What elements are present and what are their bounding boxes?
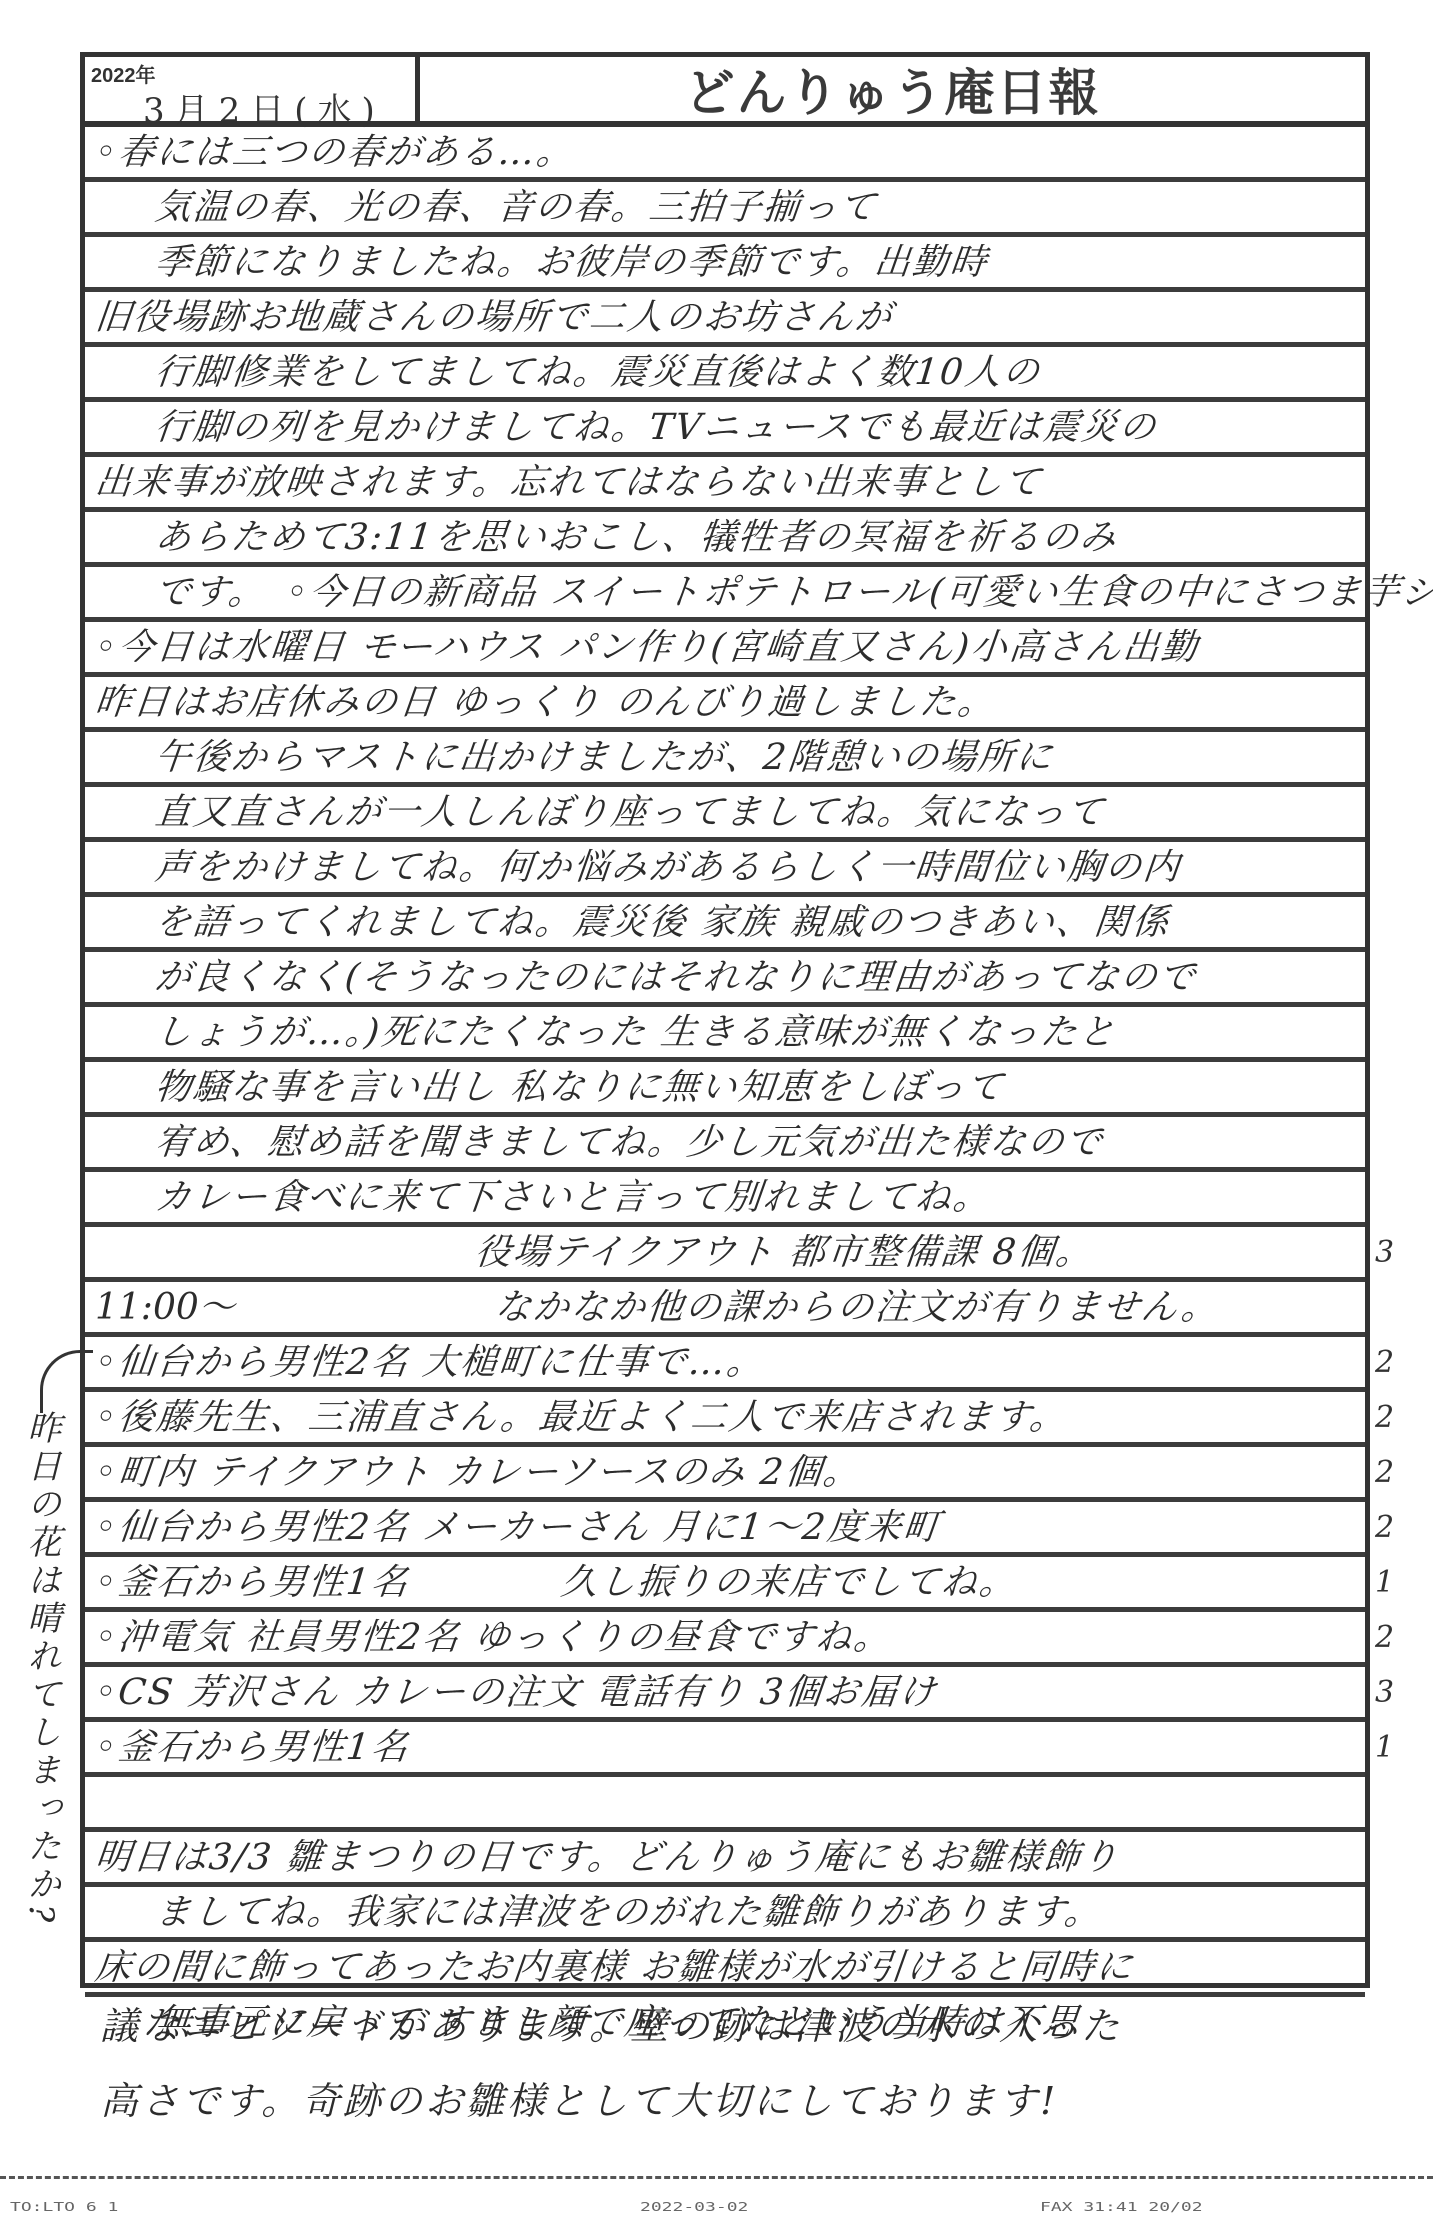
handwritten-line <box>85 1777 1365 1832</box>
line-text: 物騒な事を言い出し 私なりに無い知恵をしぼって <box>152 1062 1007 1114</box>
line-text: 昨日はお店休みの日 ゆっくり のんびり過しました。 <box>92 677 998 729</box>
line-text: ◦沖電気 社員男性2名 ゆっくりの昼食ですね。 <box>92 1612 894 1664</box>
handwritten-line: ◦町内 テイクアウト カレーソースのみ 2個。 <box>85 1447 1365 1502</box>
line-text: あらためて3:11を思いおこし、犠牲者の冥福を祈るのみ <box>152 512 1120 564</box>
line-text: を語ってくれましてね。震災後 家族 親戚のつきあい、関係 <box>152 897 1172 949</box>
line-text: ◦町内 テイクアウト カレーソースのみ 2個。 <box>92 1447 863 1499</box>
line-text: ◦今日は水曜日 モーハウス パン作り(宮崎直又さん)小高さん出勤 <box>92 622 1201 674</box>
tally-mark: 2 <box>1375 1510 1394 1545</box>
line-text: しょうが…。)死にたくなった 生きる意味が無くなったと <box>152 1007 1119 1059</box>
line-text: 宥め、慰め話を聞きましてね。少し元気が出た様なので <box>152 1117 1106 1169</box>
line-text: 行脚の列を見かけましてね。TVニュースでも最近は震災の <box>152 402 1160 454</box>
daily-report-form: 2022年 3月2日(水) どんりゅう庵日報 ◦春には三つの春がある…。気温の春… <box>80 52 1370 1988</box>
handwritten-line: 旧役場跡お地蔵さんの場所で二人のお坊さんが <box>85 292 1365 347</box>
line-text: 午後からマストに出かけましたが、2階憩いの場所に <box>152 732 1056 784</box>
handwritten-line: ◦今日は水曜日 モーハウス パン作り(宮崎直又さん)小高さん出勤 <box>85 622 1365 677</box>
handwritten-line: 昨日はお店休みの日 ゆっくり のんびり過しました。 <box>85 677 1365 732</box>
fax-footer-right: FAX 31:41 20/02 <box>1040 2200 1203 2215</box>
form-title: どんりゅう庵日報 <box>420 57 1365 121</box>
tally-mark: 1 <box>1375 1730 1394 1765</box>
line-text: 行脚修業をしてましてね。震災直後はよく数10人の <box>152 347 1043 399</box>
tally-mark: 1 <box>1375 1565 1394 1600</box>
line-text: カレー食べに来て下さいと言って別れましてね。 <box>152 1172 993 1224</box>
fax-footer-center: 2022-03-02 <box>640 2200 748 2215</box>
handwritten-line: 宥め、慰め話を聞きましてね。少し元気が出た様なので <box>85 1117 1365 1172</box>
handwritten-line: 床の間に飾ってあったお内裏様 お雛様が水が引けると同時に <box>85 1942 1365 1997</box>
handwritten-line: ◦釜石から男性1名 <box>85 1722 1365 1777</box>
line-text: が良くなく(そうなったのにはそれなりに理由があってなので <box>152 952 1199 1004</box>
form-header: 2022年 3月2日(水) どんりゅう庵日報 <box>85 57 1365 127</box>
handwritten-line: 出来事が放映されます。忘れてはならない出来事として <box>85 457 1365 512</box>
line-text: 季節になりましたね。お彼岸の季節です。出勤時 <box>152 237 991 289</box>
tally-mark: 2 <box>1375 1455 1394 1490</box>
handwritten-line: が良くなく(そうなったのにはそれなりに理由があってなので <box>85 952 1365 1007</box>
line-text: ◦CS 芳沢さん カレーの注文 電話有り 3個お届け <box>92 1667 940 1719</box>
line-text: ましてね。我家には津波をのがれた雛飾りがあります。 <box>152 1887 1105 1939</box>
date-box: 2022年 3月2日(水) <box>85 57 420 121</box>
handwritten-line: を語ってくれましてね。震災後 家族 親戚のつきあい、関係 <box>85 897 1365 952</box>
overflow-line-2: 高さです。奇跡のお雛様として大切にしております! <box>100 2070 1058 2125</box>
tally-mark: 3 <box>1375 1235 1394 1270</box>
fax-cut-line <box>0 2176 1433 2179</box>
line-text: 床の間に飾ってあったお内裏様 お雛様が水が引けると同時に <box>92 1942 1137 1994</box>
handwritten-line: ◦仙台から男性2名 メーカーさん 月に1〜2度来町 <box>85 1502 1365 1557</box>
line-text: 役場テイクアウト 都市整備課 8個。 <box>472 1227 1096 1279</box>
fax-footer-left: TO:LTO 6 1 <box>10 2200 118 2215</box>
line-text: ◦仙台から男性2名 メーカーさん 月に1〜2度来町 <box>92 1502 944 1554</box>
handwritten-line: ◦沖電気 社員男性2名 ゆっくりの昼食ですね。 <box>85 1612 1365 1667</box>
handwritten-line: ◦春には三つの春がある…。 <box>85 127 1365 182</box>
line-text: 出来事が放映されます。忘れてはならない出来事として <box>92 457 1045 509</box>
tally-mark: 2 <box>1375 1400 1394 1435</box>
line-text: 明日は3/3 雛まつりの日です。どんりゅう庵にもお雛様飾り <box>92 1832 1122 1884</box>
line-text: 旧役場跡お地蔵さんの場所で二人のお坊さんが <box>92 292 895 344</box>
line-text: なかなか他の課からの注文が有りません。 <box>492 1282 1222 1334</box>
handwritten-line: 11:00〜なかなか他の課からの注文が有りません。 <box>85 1282 1365 1337</box>
handwritten-line: ましてね。我家には津波をのがれた雛飾りがあります。 <box>85 1887 1365 1942</box>
handwritten-line: あらためて3:11を思いおこし、犠牲者の冥福を祈るのみ <box>85 512 1365 567</box>
handwritten-line: 声をかけましてね。何か悩みがあるらしく一時間位い胸の内 <box>85 842 1365 897</box>
tally-mark: 2 <box>1375 1620 1394 1655</box>
ruled-lines: ◦春には三つの春がある…。気温の春、光の春、音の春。三拍子揃って季節になりました… <box>85 127 1365 2052</box>
handwritten-line: ◦CS 芳沢さん カレーの注文 電話有り 3個お届け <box>85 1667 1365 1722</box>
line-text: 直又直さんが一人しんぼり座ってましてね。気になって <box>152 787 1107 839</box>
handwritten-line: 気温の春、光の春、音の春。三拍子揃って <box>85 182 1365 237</box>
line-text: 声をかけましてね。何か悩みがあるらしく一時間位い胸の内 <box>152 842 1183 894</box>
handwritten-line: 季節になりましたね。お彼岸の季節です。出勤時 <box>85 237 1365 292</box>
handwritten-line: です。 ◦今日の新商品 スイートポテトロール(可愛い生食の中にさつま芋ジャム) <box>85 567 1365 622</box>
handwritten-line: 午後からマストに出かけましたが、2階憩いの場所に <box>85 732 1365 787</box>
overflow-line-1: 議なエピソードがあります。壁の跡は津波の水の入った <box>100 1995 1122 2050</box>
handwritten-line: 直又直さんが一人しんぼり座ってましてね。気になって <box>85 787 1365 842</box>
tally-mark: 2 <box>1375 1345 1394 1380</box>
handwritten-line: 明日は3/3 雛まつりの日です。どんりゅう庵にもお雛様飾り <box>85 1832 1365 1887</box>
handwritten-line: 物騒な事を言い出し 私なりに無い知恵をしぼって <box>85 1062 1365 1117</box>
handwritten-line: ◦後藤先生、三浦直さん。最近よく二人で来店されます。 <box>85 1392 1365 1447</box>
handwritten-line: ◦仙台から男性2名 大槌町に仕事で…。 <box>85 1337 1365 1392</box>
line-text: ◦春には三つの春がある…。 <box>92 127 577 179</box>
line-text: ◦釜石から男性1名 久し振りの来店でしてね。 <box>92 1557 1020 1609</box>
handwritten-line: カレー食べに来て下さいと言って別れましてね。 <box>85 1172 1365 1227</box>
handwritten-date: 3月2日(水) <box>143 83 385 132</box>
time-note: 11:00〜 <box>95 1282 495 1334</box>
tally-mark: 3 <box>1375 1675 1394 1710</box>
line-text: ◦仙台から男性2名 大槌町に仕事で…。 <box>92 1337 767 1389</box>
handwritten-line: 役場テイクアウト 都市整備課 8個。 <box>85 1227 1365 1282</box>
handwritten-line: 行脚修業をしてましてね。震災直後はよく数10人の <box>85 347 1365 402</box>
line-text: ◦後藤先生、三浦直さん。最近よく二人で来店されます。 <box>92 1392 1070 1444</box>
margin-bracket-mark <box>40 1350 93 1413</box>
left-margin-note: 昨日の花は晴れてしまったか? <box>16 1410 66 1970</box>
handwritten-line: ◦釜石から男性1名 久し振りの来店でしてね。 <box>85 1557 1365 1612</box>
line-text: ◦釜石から男性1名 <box>92 1722 412 1774</box>
line-text: です。 ◦今日の新商品 スイートポテトロール(可愛い生食の中にさつま芋ジャム) <box>152 567 1433 619</box>
handwritten-line: 行脚の列を見かけましてね。TVニュースでも最近は震災の <box>85 402 1365 457</box>
line-text: 気温の春、光の春、音の春。三拍子揃って <box>152 182 879 234</box>
handwritten-line: しょうが…。)死にたくなった 生きる意味が無くなったと <box>85 1007 1365 1062</box>
